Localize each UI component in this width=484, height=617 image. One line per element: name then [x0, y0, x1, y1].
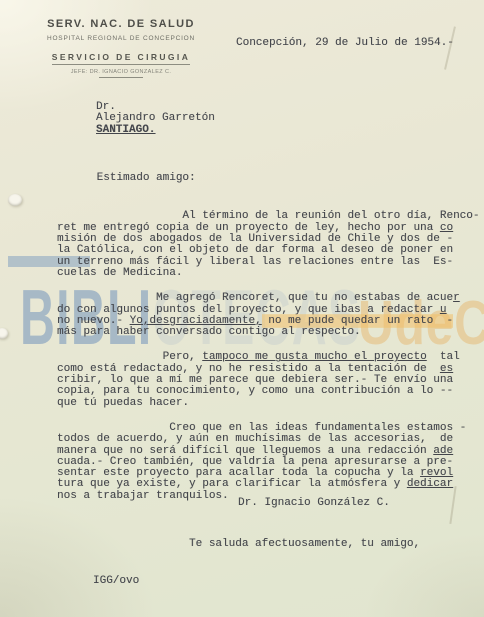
paragraphs: Al término de la reunión del otro día, R… [57, 211, 467, 502]
underlined-segment: ade [433, 445, 453, 457]
typed-segment: Pero, [57, 351, 202, 363]
paragraph: Pero, tampoco me gusta mucho el proyecto… [57, 352, 467, 408]
scanned-letter-page: { "document": { "letterhead": { "line1":… [0, 0, 484, 617]
typed-segment: todos de acuerdo, y aún en muchísimas de… [57, 433, 453, 445]
underlined-segment: tampoco me gusta mucho el proyecto [202, 351, 426, 363]
underlined-segment: Yo,desgraciadamente, [130, 315, 262, 327]
typist-reference: IGG/ovo [93, 575, 139, 587]
letterhead: SERV. NAC. DE SALUD HOSPITAL REGIONAL DE… [26, 18, 216, 78]
letterhead-chief: JEFE: DR. IGNACIO GONZALEZ C. [26, 69, 216, 75]
punch-hole [0, 328, 8, 339]
typed-segment: do con algunos puntos del proyecto, y qu… [57, 304, 440, 316]
paragraph: Creo que en las ideas fundamentales esta… [57, 423, 467, 502]
typed-segment: tura que ya existe, y para clarificar la… [57, 478, 407, 490]
typed-segment: Me agregó Rencoret, que tu no estabas de… [57, 292, 453, 304]
typed-segment: Creo que en las ideas fundamentales esta… [57, 422, 466, 434]
recipient-name: Alejandro Garretón [96, 113, 215, 124]
punch-hole [8, 194, 22, 206]
underlined-segment: dedicar [407, 478, 453, 490]
letterhead-org: SERV. NAC. DE SALUD [26, 18, 216, 30]
letterhead-service: SERVICIO DE CIRUGIA [52, 52, 191, 65]
underlined-segment: co [440, 222, 453, 234]
typed-segment: sentar este proyecto para acallar toda l… [57, 467, 420, 479]
letterhead-hospital: HOSPITAL REGIONAL DE CONCEPCION [26, 35, 216, 42]
highlighted-segment: no me pude quedar un rato - [262, 315, 453, 327]
signature: Dr. Ignacio González C. [238, 497, 390, 509]
underlined-segment: revol [420, 467, 453, 479]
letterhead-rule [99, 77, 143, 78]
dateline: Concepción, 29 de Julio de 1954.- [236, 37, 454, 49]
typed-segment: un terreno más fácil y liberal las relac… [57, 256, 453, 268]
typed-segment: tal [427, 351, 460, 363]
typed-segment: ret me entregó copia de un proyecto de l… [57, 222, 440, 234]
typed-segment: cuada.- Creo también, que valdría la pen… [57, 456, 453, 468]
typed-segment: más para haber conversado contigo al res… [57, 326, 361, 338]
typed-segment: no nuevo.- [57, 315, 130, 327]
closing-line: Te saluda afectuosamente, tu amigo, [57, 539, 467, 550]
typed-segment: misión de dos abogados de la Universidad… [57, 233, 453, 245]
typed-segment: la Católica, con el objeto de dar forma … [57, 244, 453, 256]
typed-segment: como está redactado, y no he resistido a… [57, 363, 440, 375]
underlined-segment: u [440, 304, 447, 316]
typed-line: cuelas de Medicina. [57, 268, 467, 279]
salutation: Estimado amigo: [57, 173, 467, 184]
paragraph: Me agregó Rencoret, que tu no estabas de… [57, 293, 467, 338]
underlined-segment: es [440, 363, 453, 375]
typed-line: más para haber conversado contigo al res… [57, 327, 467, 338]
typed-segment: copia, para tu conocimiento, y como una … [57, 385, 453, 397]
typed-segment: Al término de la reunión del otro día, R… [57, 210, 479, 222]
recipient-city: SANTIAGO. [96, 125, 215, 136]
recipient-block: Dr. Alejandro Garretón SANTIAGO. [96, 102, 215, 136]
typed-segment: cribir, lo que a mí me parece que debier… [57, 374, 453, 386]
typed-segment: cuelas de Medicina. [57, 267, 182, 279]
typed-segment: que tú puedas hacer. [57, 397, 189, 409]
typed-line: que tú puedas hacer. [57, 398, 467, 409]
letterhead-service-wrap: SERVICIO DE CIRUGIA [26, 47, 216, 65]
paragraph: Al término de la reunión del otro día, R… [57, 211, 467, 279]
underlined-segment: r [453, 292, 460, 304]
typed-segment: nos a trabajar tranquilos. [57, 490, 229, 502]
typed-segment: manera que no será difícil que lleguemos… [57, 445, 433, 457]
